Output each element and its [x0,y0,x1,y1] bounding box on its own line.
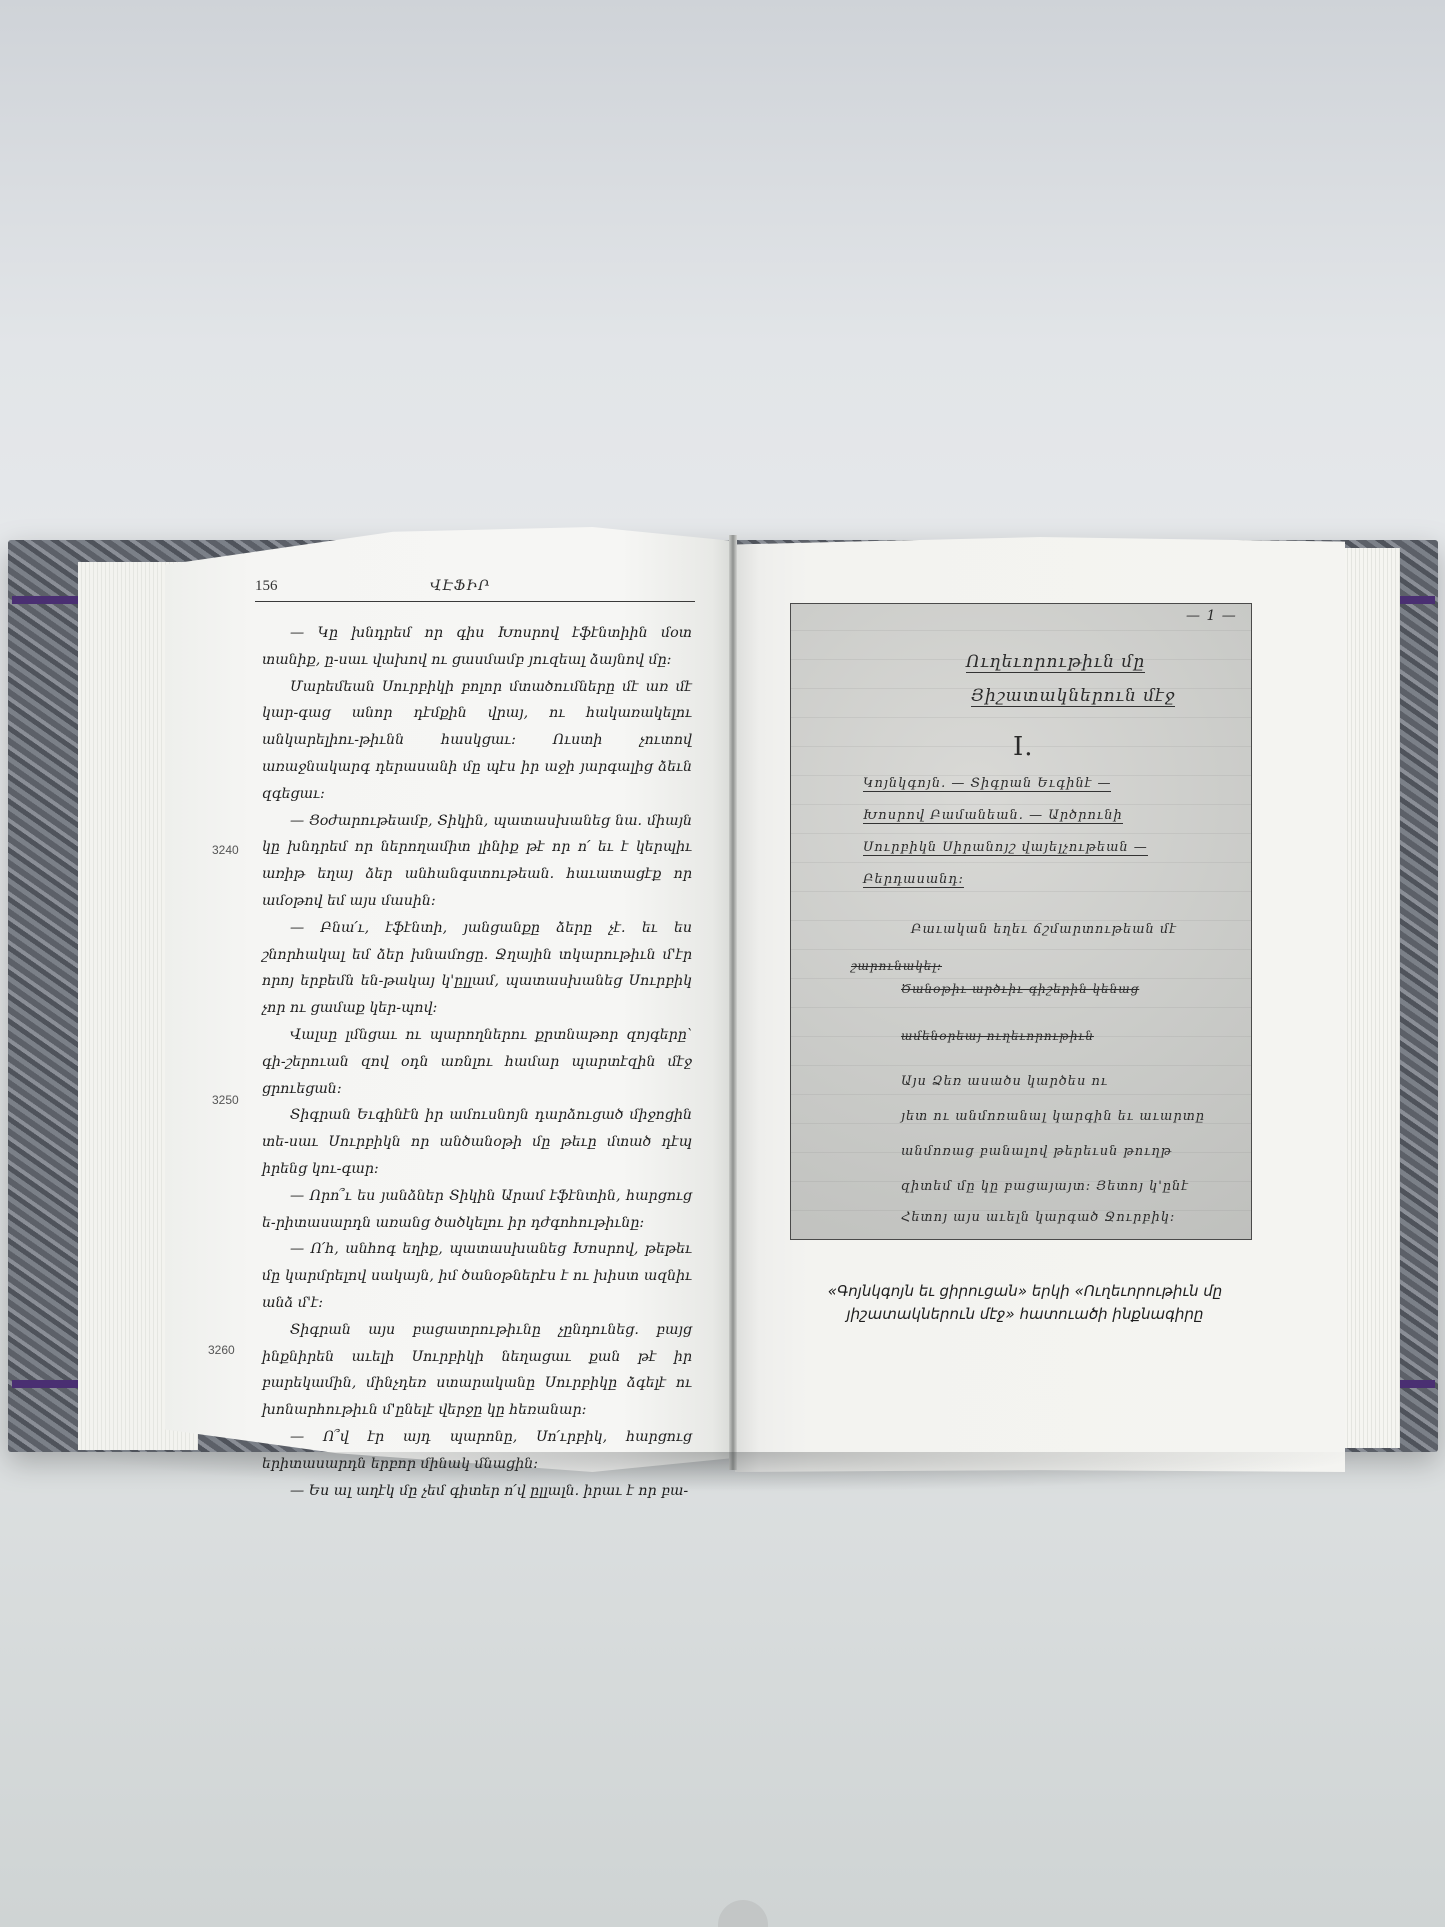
paragraph: — Ո՛հ, անհոգ եղիք, պատասխանեց Խոսրով, թե… [262,1236,692,1316]
figure-caption: «Գոյնկգոյն եւ ցիրուցան» երկի «Ուղեւորութ… [790,1280,1260,1326]
manuscript-title: Յիշատակներուն մէջ [971,686,1175,707]
page-number: 156 [255,578,278,595]
manuscript-chapter: I. [1013,732,1034,762]
book-shadow [80,1452,1380,1492]
bookmark-ribbon [12,1380,82,1388]
running-head: 156 ՎԷՖԻՐ [255,578,695,602]
caption-line: «Գոյնկգոյն եւ ցիրուցան» երկի «Ուղեւորութ… [790,1280,1260,1303]
line-number: 3250 [212,1093,239,1107]
caption-line: յիշատակներուն մէջ» հատուածի ինքնագիրը [790,1303,1260,1326]
manuscript-page-mark: — 1 — [1186,608,1237,624]
manuscript-line: Խոսրով Բամանեան. — Արծրունի [863,808,1123,824]
manuscript-line: զիտեմ մը կը բացայայտ: Յետոյ կ'ընէ [901,1179,1189,1194]
line-number: 3240 [212,843,239,857]
manuscript-line: յետ ու անմոռանալ կարգին եւ աւարտը [901,1109,1205,1124]
manuscript-line: Կոյնկգոյն. — Տիգրան Եւգինէ — [863,776,1111,792]
paragraph: — Որո՞ւ ես յանձներ Տիկին Արամ էֆէնտին, հ… [262,1183,692,1237]
paragraph: — Կը խնդրեմ որ գիս Խոսրով էֆէնտիին մօտ տ… [262,620,692,674]
bookmark-ribbon [12,596,82,604]
book-gutter [729,535,737,1470]
manuscript-line: ամենօրեայ ուղեւորութիւն [901,1029,1094,1043]
manuscript-line: շարունակել: [851,959,942,973]
manuscript-line: Այս Ձեռ ասածս կարծես ու [901,1074,1108,1089]
manuscript-facsimile: — 1 — Ուղեւորութիւն մը Յիշատակներուն մէջ… [790,603,1252,1240]
manuscript-line: Բերդասանդ: [863,872,964,888]
manuscript-line: Բաւական եղեւ ճշմարտութեան մէ [911,922,1177,937]
manuscript-line: անմոռաց բանալով թերեւսն թուղթ [901,1144,1172,1159]
manuscript-line: Ծանօթիւ արծւիւ գիշերին կենաց [901,982,1139,996]
page-edges-right [1340,548,1400,1448]
manuscript-title: Ուղեւորութիւն մը [966,652,1145,673]
paragraph: — Բնա՛ւ, էֆէնտի, յանցանքը ձերը չէ. եւ ես… [262,915,692,1022]
running-title: ՎԷՖԻՐ [430,578,490,594]
paragraph: Վալսը լմնցաւ ու պարողներու քրտնաթոր զոյգ… [262,1022,692,1102]
paragraph: Մարեմեան Սուրբիկի բոլոր մտածումները մէ ա… [262,674,692,808]
paragraph: — Ցօժարութեամբ, Տիկին, պատասխանեց նա. մի… [262,808,692,915]
paragraph: Տիգրան Եւգինէն իր ամուսնոյն դարձուցած մի… [262,1102,692,1182]
body-text: — Կը խնդրեմ որ գիս Խոսրով էֆէնտիին մօտ տ… [262,620,692,1504]
open-book: 156 ՎԷՖԻՐ — Կը խնդրեմ որ գիս Խոսրով էֆէն… [0,0,1445,1927]
line-number: 3260 [208,1343,235,1357]
manuscript-line: Հետոյ այս աւելն կարգած Ջուրբիկ: [901,1210,1175,1225]
paragraph: Տիգրան այս բացատրութիւնը չընդունեց. բայց… [262,1317,692,1424]
manuscript-line: Սուրբիկն Սիրանոյշ վայելչութեան — [863,840,1148,856]
stand-shadow [718,1900,768,1927]
